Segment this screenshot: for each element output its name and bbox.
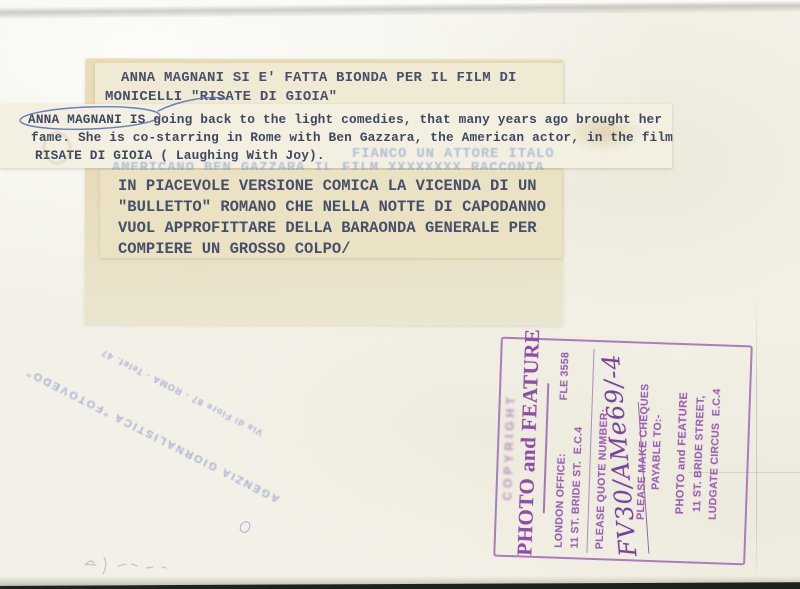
stamp-office-phone: FLE 3558 [558,352,572,401]
caption-italian-line: VUOL APPROFITTARE DELLA BARAONDA GENERAL… [118,219,537,237]
stamp-divider-rule [586,349,594,553]
caption-italian-line: "BULLETTO" ROMANO CHE NELLA NOTTE DI CAP… [118,198,546,216]
stamp-title-underline [543,384,550,514]
copyright-rubber-stamp: COPYRIGHT PHOTO and FEATURE LONDON OFFIC… [493,337,753,566]
stamp-payee-address: LUDGATE CIRCUS E.C.4 [705,346,725,562]
stamp-office-label: LONDON OFFICE: [553,453,568,548]
pencil-marks [78,550,228,578]
stamp-payee-name: PHOTO and FEATURE [672,345,692,561]
caption-italian-line: IN PIACEVOLE VERSIONE COMICA LA VICENDA … [118,177,537,195]
caption-english-line: RISATE DI GIOIA ( Laughing With Joy). [35,148,325,163]
paper-crease-vertical [756,298,757,584]
caption-italian-line: COMPIERE UN GROSSO COLPO/ [118,240,351,258]
pen-circle-annotation [12,92,252,138]
stamp-office-address: 11 ST. BRIDE ST. E.C.4 [569,426,585,548]
caption-title-line: ANNA MAGNANI SI E' FATTA BIONDA PER IL F… [121,70,517,86]
caption-strip-italian: IN PIACEVOLE VERSIONE COMICA LA VICENDA … [100,170,562,258]
